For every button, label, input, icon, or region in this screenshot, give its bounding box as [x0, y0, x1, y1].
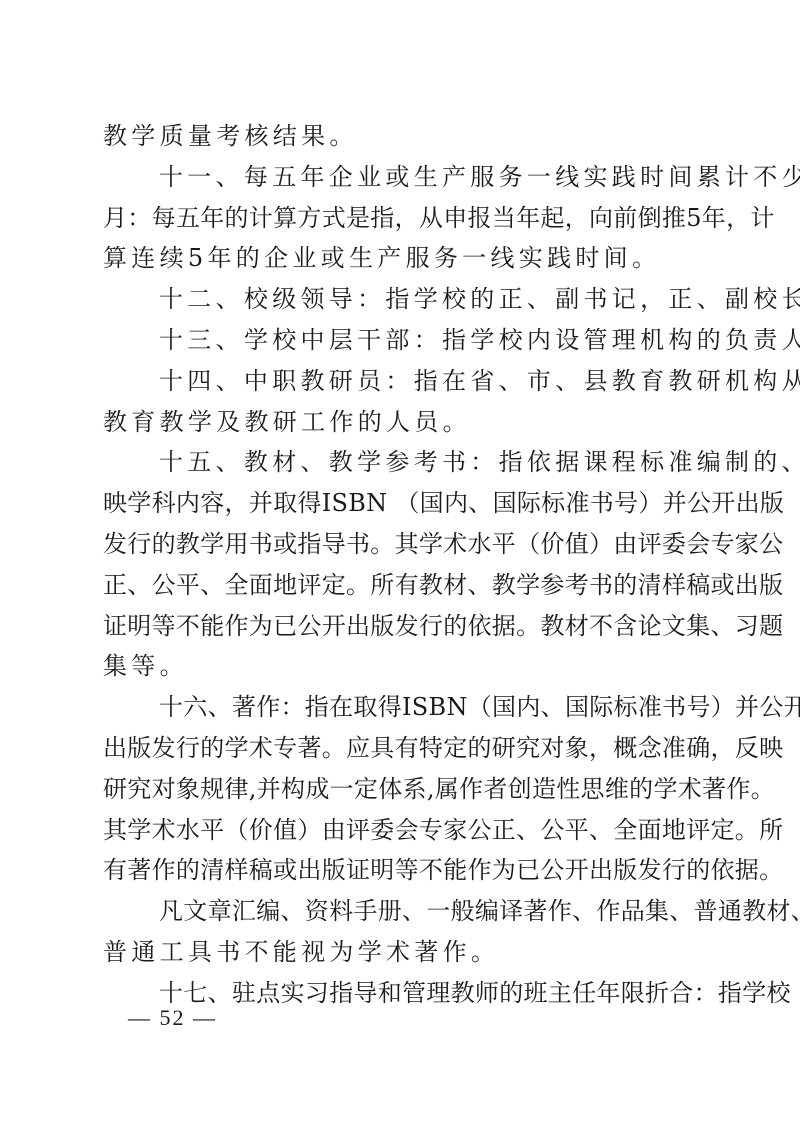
text-line: 普通工具书不能视为学术著作。	[103, 932, 699, 973]
text-line: 研究对象规律,并构成一定体系,属作者创造性思维的学术著作。	[103, 769, 699, 810]
text-line-item-14: 十四、中职教研员：指在省、市、县教育教研机构从事职业	[103, 361, 699, 402]
document-body: 教学质量考核结果。 十一、每五年企业或生产服务一线实践时间累计不少于6个 月：每…	[103, 116, 699, 1014]
text-line-item-11: 十一、每五年企业或生产服务一线实践时间累计不少于6个	[103, 157, 699, 198]
text-line: 教学质量考核结果。	[103, 116, 699, 157]
page-number: — 52 —	[128, 1003, 217, 1033]
text-line: 映学科内容，并取得ISBN （国内、国际标准书号）并公开出版	[103, 483, 699, 524]
text-line: 教育教学及教研工作的人员。	[103, 402, 699, 443]
text-line: 集等。	[103, 646, 699, 687]
text-line: 月：每五年的计算方式是指，从申报当年起，向前倒推5年，计	[103, 198, 699, 239]
text-line: 其学术水平（价值）由评委会专家公正、公平、全面地评定。所	[103, 810, 699, 851]
text-line: 发行的教学用书或指导书。其学术水平（价值）由评委会专家公	[103, 524, 699, 565]
text-line: 证明等不能作为已公开出版发行的依据。教材不含论文集、习题	[103, 606, 699, 647]
document-page: 教学质量考核结果。 十一、每五年企业或生产服务一线实践时间累计不少于6个 月：每…	[0, 0, 800, 1131]
text-line-item-13: 十三、学校中层干部：指学校内设管理机构的负责人。	[103, 320, 699, 361]
text-line: 正、公平、全面地评定。所有教材、教学参考书的清样稿或出版	[103, 565, 699, 606]
text-line-item-16: 十六、著作：指在取得ISBN（国内、国际标准书号）并公开	[103, 687, 699, 728]
text-line-item-15: 十五、教材、教学参考书：指依据课程标准编制的、系统反	[103, 442, 699, 483]
text-line: 凡文章汇编、资料手册、一般编译著作、作品集、普通教材、	[103, 891, 699, 932]
text-line-item-12: 十二、校级领导：指学校的正、副书记，正、副校长。	[103, 279, 699, 320]
text-line: 出版发行的学术专著。应具有特定的研究对象，概念准确，反映	[103, 728, 699, 769]
text-line: 有著作的清样稿或出版证明等不能作为已公开出版发行的依据。	[103, 850, 699, 891]
text-line: 算连续5年的企业或生产服务一线实践时间。	[103, 238, 699, 279]
